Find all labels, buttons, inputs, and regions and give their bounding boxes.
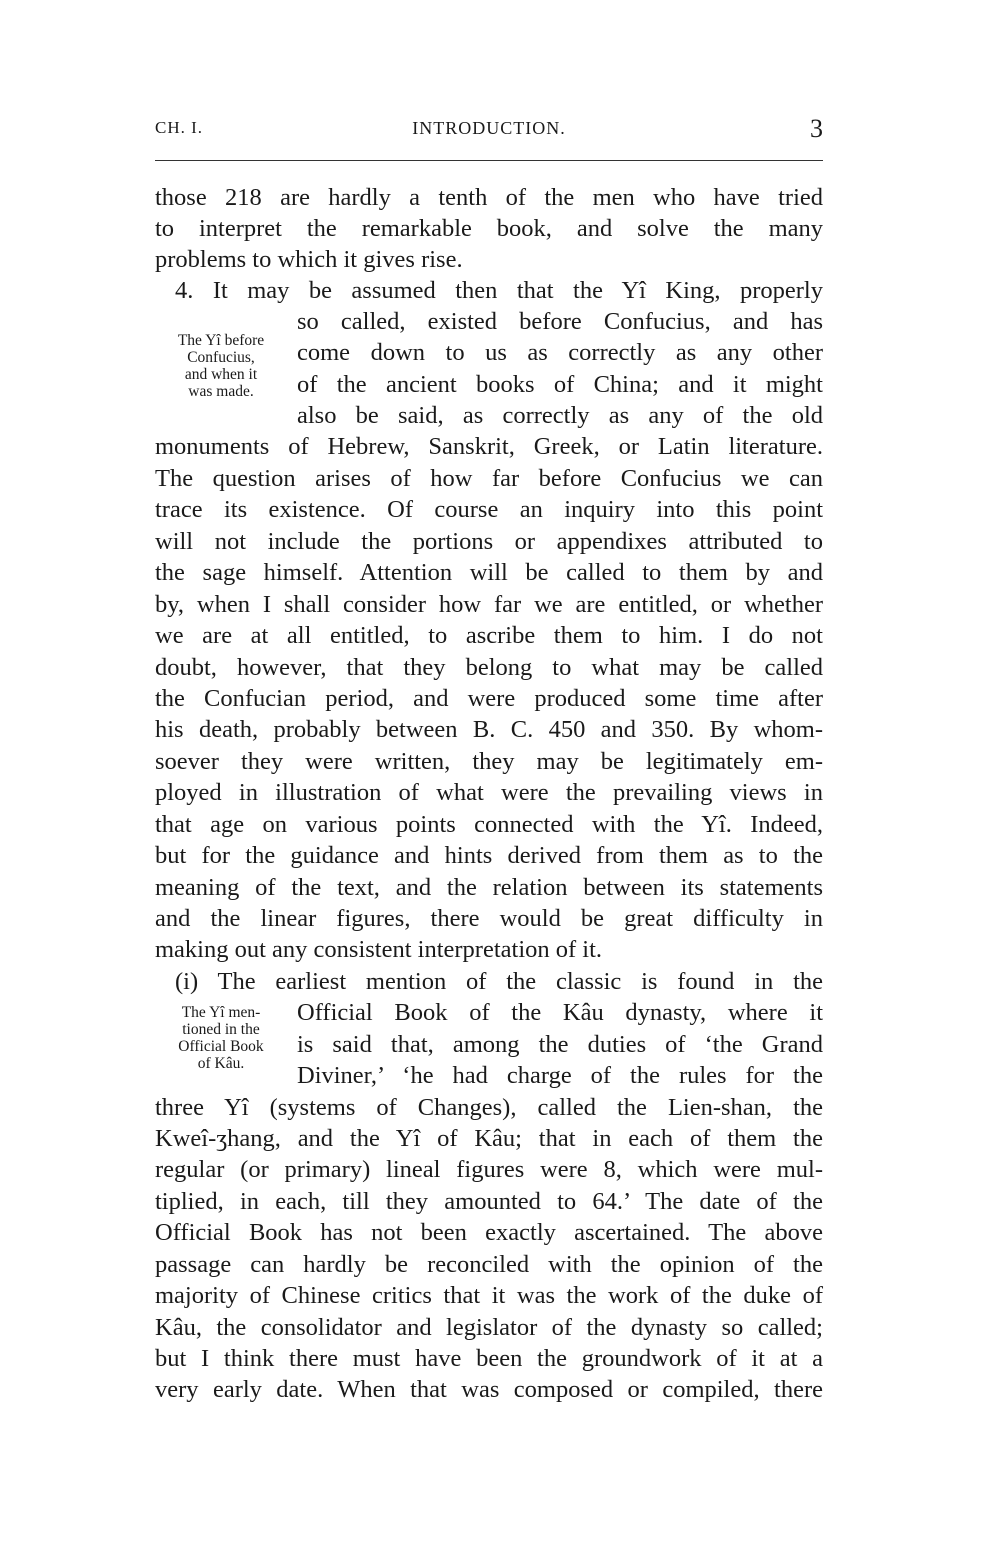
text-line: ployed in illustration of what were the … xyxy=(155,777,823,808)
text-line: is said that, among the duties of ‘the G… xyxy=(297,1029,823,1060)
page-number: 3 xyxy=(810,114,823,144)
text-line: passage can hardly be reconciled with th… xyxy=(155,1249,823,1280)
text-line: so called, existed before Confucius, and… xyxy=(297,306,823,337)
text-line: will not include the portions or appendi… xyxy=(155,526,823,557)
text-line: very early date. When that was composed … xyxy=(155,1374,823,1405)
text-line: but for the guidance and hints derived f… xyxy=(155,840,823,871)
text-line: Kâu, the consolidator and legislator of … xyxy=(155,1312,823,1343)
margin-note-line: Confucius, xyxy=(152,349,290,366)
margin-note-yi-before-confucius: The Yî before Confucius, and when it was… xyxy=(152,332,290,400)
text-line: making out any consistent interpretation… xyxy=(155,934,823,965)
text-line: and the linear figures, there would be g… xyxy=(155,903,823,934)
text-line: problems to which it gives rise. xyxy=(155,244,823,275)
text-line: by, when I shall consider how far we are… xyxy=(155,589,823,620)
margin-note-line: and when it xyxy=(152,366,290,383)
running-header: CH. I. INTRODUCTION. 3 xyxy=(155,118,823,148)
header-rule xyxy=(155,160,823,161)
margin-note-line: tioned in the xyxy=(152,1021,290,1038)
margin-note-line: of Kâu. xyxy=(152,1055,290,1072)
margin-note-line: The Yî men- xyxy=(152,1004,290,1021)
margin-note-line: was made. xyxy=(152,383,290,400)
text-line: three Yî (systems of Changes), called th… xyxy=(155,1092,823,1123)
text-line: come down to us as correctly as any othe… xyxy=(297,337,823,368)
book-page: CH. I. INTRODUCTION. 3 The Yî before Con… xyxy=(0,0,1000,1553)
margin-note-line: Official Book xyxy=(152,1038,290,1055)
running-title: INTRODUCTION. xyxy=(155,118,823,139)
text-line: soever they were written, they may be le… xyxy=(155,746,823,777)
text-line: we are at all entitled, to ascribe them … xyxy=(155,620,823,651)
text-line: Official Book of the Kâu dynasty, where … xyxy=(297,997,823,1028)
text-line: that age on various points connected wit… xyxy=(155,809,823,840)
text-line: of the ancient books of China; and it mi… xyxy=(297,369,823,400)
text-line: regular (or primary) lineal figures were… xyxy=(155,1154,823,1185)
text-line: The question arises of how far before Co… xyxy=(155,463,823,494)
text-line: tiplied, in each, till they amounted to … xyxy=(155,1186,823,1217)
text-line: also be said, as correctly as any of the… xyxy=(297,400,823,431)
text-line: those 218 are hardly a tenth of the men … xyxy=(155,182,823,213)
text-line: but I think there must have been the gro… xyxy=(155,1343,823,1374)
text-line: the sage himself. Attention will be call… xyxy=(155,557,823,588)
text-line: Official Book has not been exactly ascer… xyxy=(155,1217,823,1248)
margin-note-line: The Yî before xyxy=(152,332,290,349)
text-line: Diviner,’ ‘he had charge of the rules fo… xyxy=(297,1060,823,1091)
margin-note-yi-official-book: The Yî men- tioned in the Official Book … xyxy=(152,1004,290,1072)
text-line: majority of Chinese critics that it was … xyxy=(155,1280,823,1311)
text-line: the Confucian period, and were produced … xyxy=(155,683,823,714)
text-line: Kweî-ʒhang, and the Yî of Kâu; that in e… xyxy=(155,1123,823,1154)
paragraph-i-start: (i) The earliest mention of the classic … xyxy=(175,966,823,997)
text-line: trace its existence. Of course an inquir… xyxy=(155,494,823,525)
text-line: meaning of the text, and the relation be… xyxy=(155,872,823,903)
text-line: his death, probably between B. C. 450 an… xyxy=(155,714,823,745)
paragraph-4-start: 4. It may be assumed then that the Yî Ki… xyxy=(175,275,823,306)
text-line: monuments of Hebrew, Sanskrit, Greek, or… xyxy=(155,431,823,462)
text-line: to interpret the remarkable book, and so… xyxy=(155,213,823,244)
text-line: doubt, however, that they belong to what… xyxy=(155,652,823,683)
